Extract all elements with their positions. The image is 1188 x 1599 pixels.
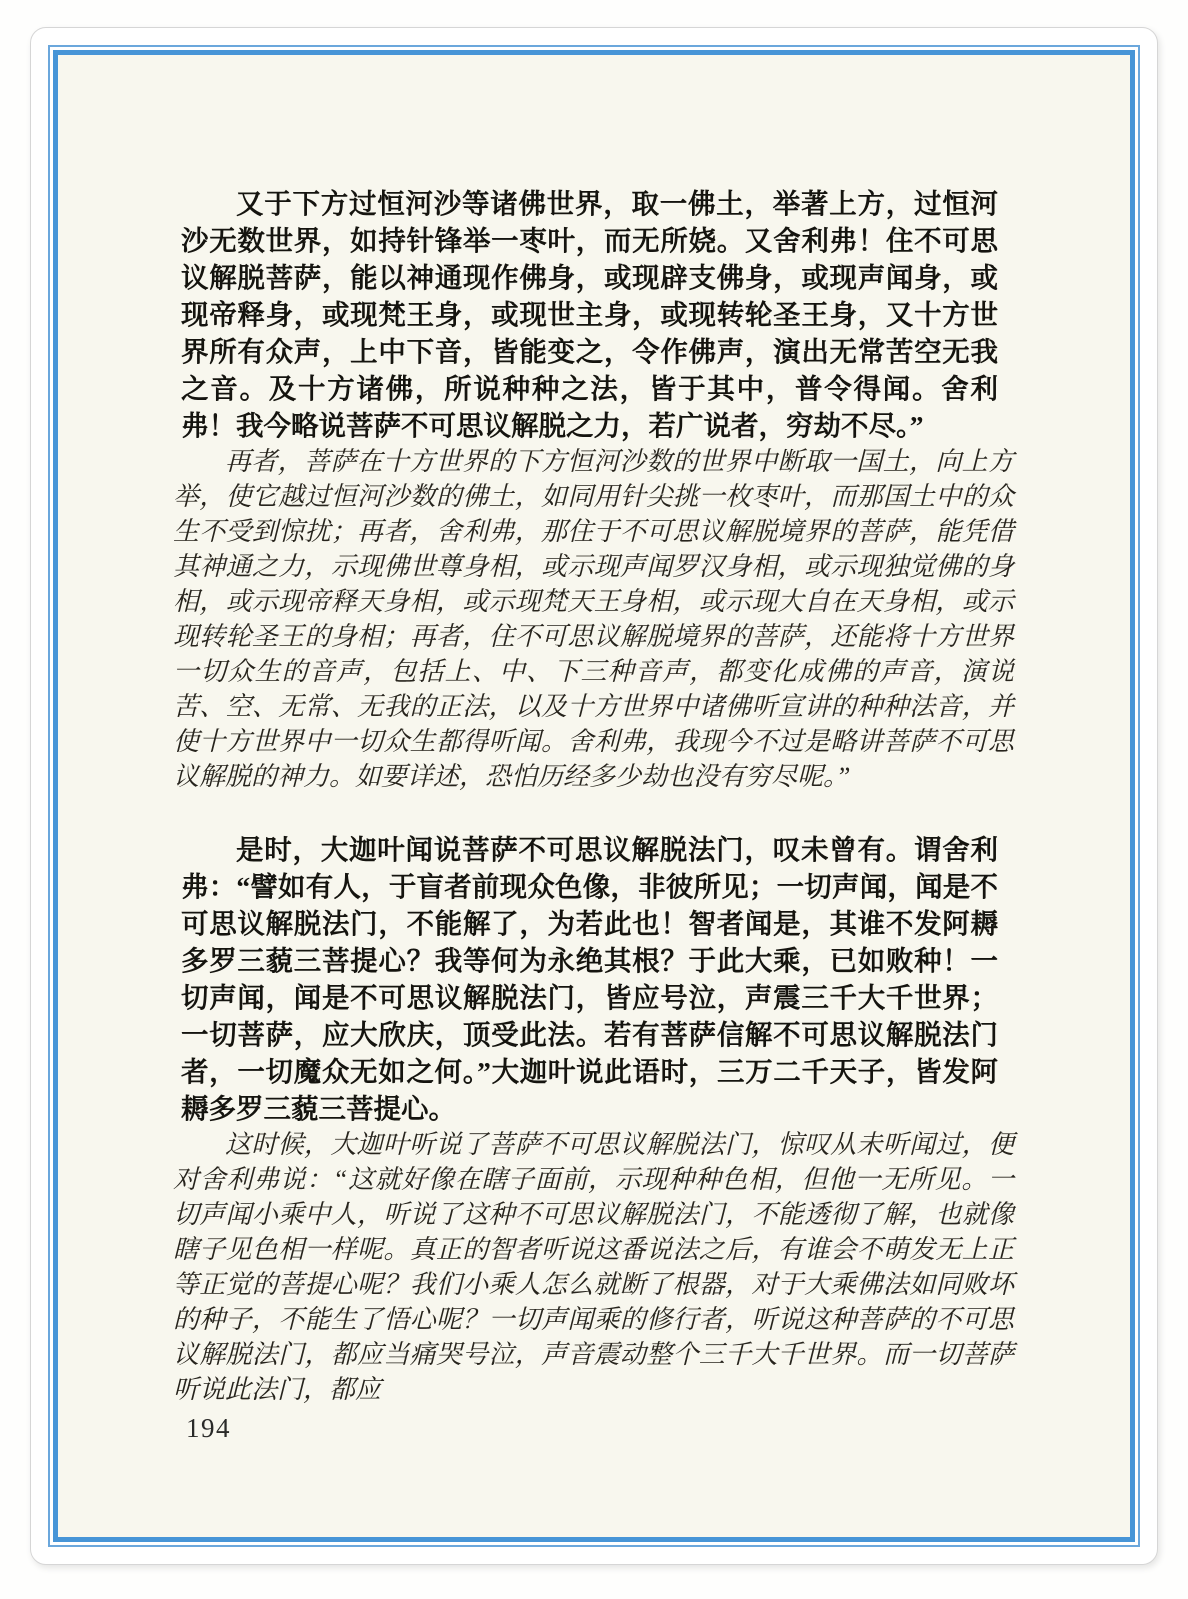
thick-blue-border-frame: 又于下方过恒河沙等诸佛世界，取一佛土，举著上方，过恒河沙无数世界，如持针锋举一枣… — [53, 50, 1135, 1542]
thin-blue-border-frame: 又于下方过恒河沙等诸佛世界，取一佛土，举著上方，过恒河沙无数世界，如持针锋举一枣… — [48, 45, 1140, 1547]
book-page-card: 又于下方过恒河沙等诸佛世界，取一佛土，举著上方，过恒河沙无数世界，如持针锋举一枣… — [30, 27, 1158, 1565]
classical-sutra-paragraph-1: 又于下方过恒河沙等诸佛世界，取一佛土，举著上方，过恒河沙无数世界，如持针锋举一枣… — [181, 185, 998, 444]
modern-translation-paragraph-1: 再者，菩萨在十方世界的下方恒河沙数的世界中断取一国土，向上方举，使它越过恒河沙数… — [173, 444, 1014, 794]
page-content-area: 又于下方过恒河沙等诸佛世界，取一佛土，举著上方，过恒河沙无数世界，如持针锋举一枣… — [58, 55, 1130, 1537]
page-number: 194 — [186, 1413, 231, 1444]
modern-translation-paragraph-2: 这时候，大迦叶听说了菩萨不可思议解脱法门，惊叹从未听闻过，便对舍利弗说：“这就好… — [173, 1127, 1014, 1407]
classical-sutra-paragraph-2: 是时，大迦叶闻说菩萨不可思议解脱法门，叹未曾有。谓舍利弗：“譬如有人，于盲者前现… — [181, 831, 998, 1127]
